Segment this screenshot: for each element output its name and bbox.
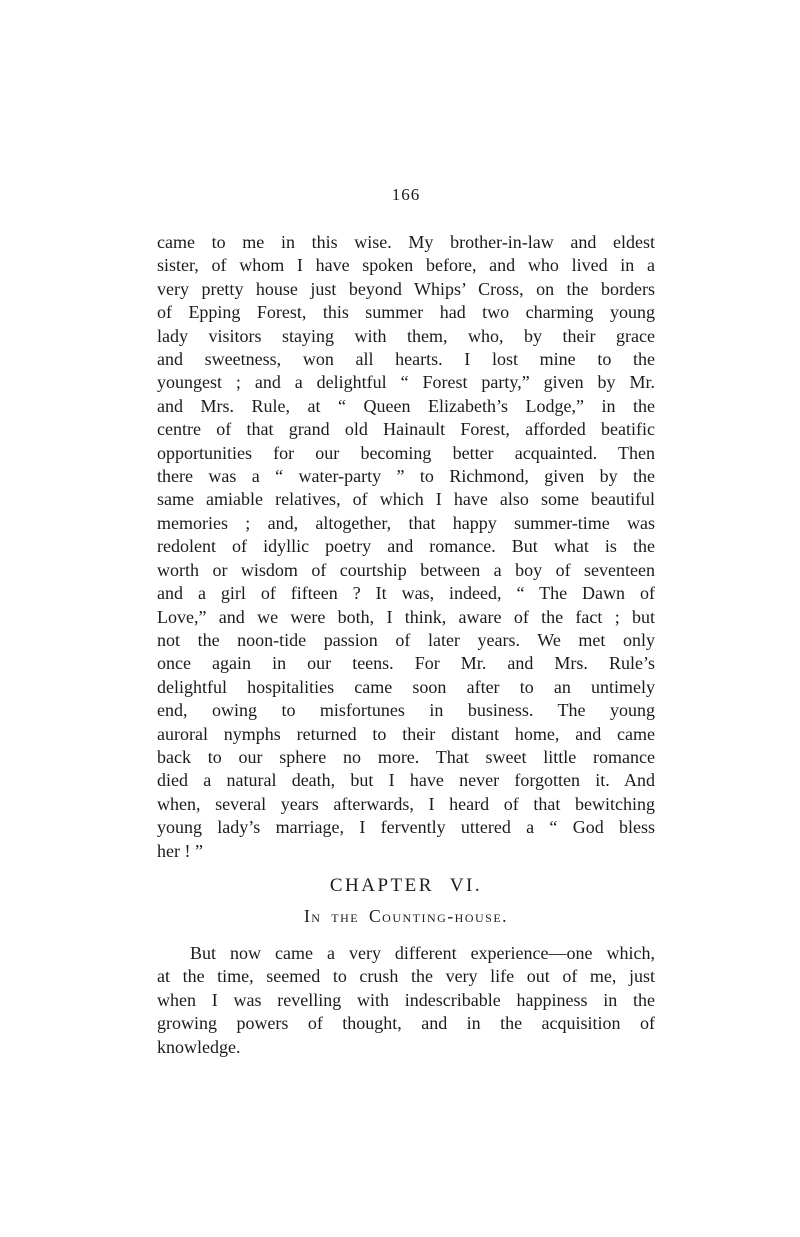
text-line: sister, of whom I have spoken before, an… bbox=[157, 254, 655, 277]
text-line: lady visitors staying with them, who, by… bbox=[157, 325, 655, 348]
text-block: 166 came to me in this wise. My brother-… bbox=[157, 185, 655, 1059]
text-line: knowledge. bbox=[157, 1036, 655, 1059]
chapter-subheading: In the Counting-house. bbox=[157, 905, 655, 927]
book-page: 166 came to me in this wise. My brother-… bbox=[0, 0, 800, 1237]
text-line: centre of that grand old Hainault Forest… bbox=[157, 418, 655, 441]
text-line: young lady’s marriage, I fervently utter… bbox=[157, 816, 655, 839]
text-line: back to our sphere no more. That sweet l… bbox=[157, 746, 655, 769]
chapter-heading: CHAPTER VI. bbox=[157, 874, 655, 898]
paragraph: came to me in this wise. My brother-in-l… bbox=[157, 231, 655, 863]
text-line: her ! ” bbox=[157, 840, 655, 863]
text-line: youngest ; and a delightful “ Forest par… bbox=[157, 371, 655, 394]
text-line: But now came a very different experience… bbox=[157, 942, 655, 965]
text-line: and a girl of fifteen ? It was, indeed, … bbox=[157, 582, 655, 605]
text-line: and Mrs. Rule, at “ Queen Elizabeth’s Lo… bbox=[157, 395, 655, 418]
text-line: came to me in this wise. My brother-in-l… bbox=[157, 231, 655, 254]
text-line: opportunities for our becoming better ac… bbox=[157, 442, 655, 465]
text-line: when, several years afterwards, I heard … bbox=[157, 793, 655, 816]
text-line: growing powers of thought, and in the ac… bbox=[157, 1012, 655, 1035]
text-line: not the noon-tide passion of later years… bbox=[157, 629, 655, 652]
text-line: of Epping Forest, this summer had two ch… bbox=[157, 301, 655, 324]
text-line: and sweetness, won all hearts. I lost mi… bbox=[157, 348, 655, 371]
text-line: memories ; and, altogether, that happy s… bbox=[157, 512, 655, 535]
text-line: very pretty house just beyond Whips’ Cro… bbox=[157, 278, 655, 301]
text-line: end, owing to misfortunes in business. T… bbox=[157, 699, 655, 722]
text-line: there was a “ water-party ” to Richmond,… bbox=[157, 465, 655, 488]
paragraph: But now came a very different experience… bbox=[157, 942, 655, 1059]
text-line: delightful hospitalities came soon after… bbox=[157, 676, 655, 699]
text-line: when I was revelling with indescribable … bbox=[157, 989, 655, 1012]
text-line: worth or wisdom of courtship between a b… bbox=[157, 559, 655, 582]
text-line: same amiable relatives, of which I have … bbox=[157, 488, 655, 511]
page-number: 166 bbox=[157, 185, 655, 205]
text-line: auroral nymphs returned to their distant… bbox=[157, 723, 655, 746]
text-line: Love,” and we were both, I think, aware … bbox=[157, 606, 655, 629]
text-line: redolent of idyllic poetry and romance. … bbox=[157, 535, 655, 558]
text-line: at the time, seemed to crush the very li… bbox=[157, 965, 655, 988]
text-line: died a natural death, but I have never f… bbox=[157, 769, 655, 792]
text-line: once again in our teens. For Mr. and Mrs… bbox=[157, 652, 655, 675]
